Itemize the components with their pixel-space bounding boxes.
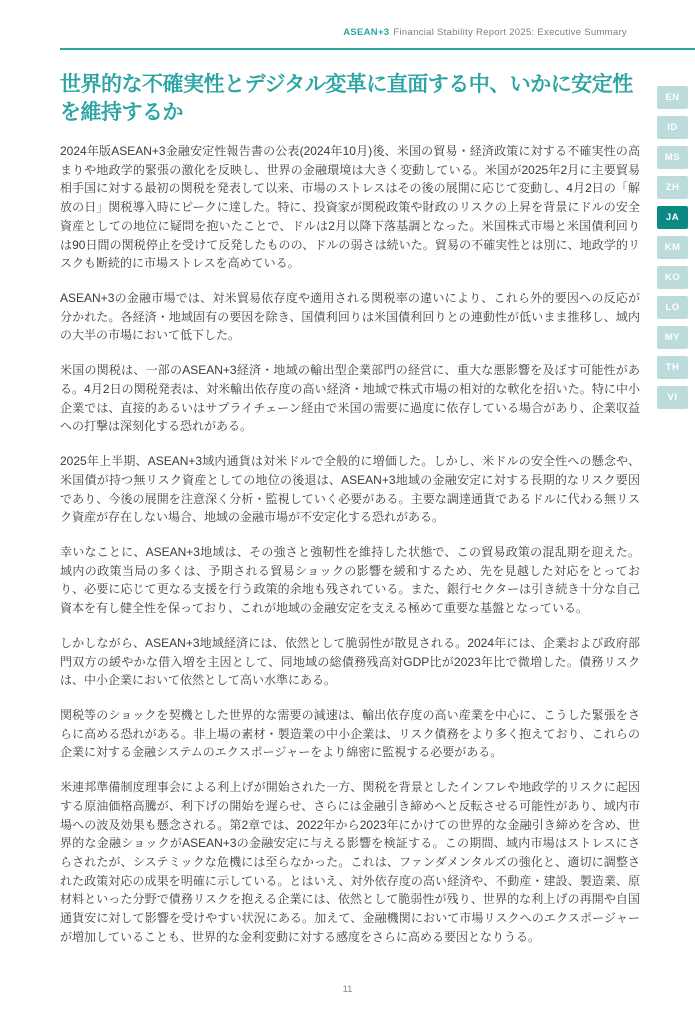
- paragraph: しかしながら、ASEAN+3地域経済には、依然として脆弱性が散見される。2024…: [60, 634, 640, 690]
- page-title: 世界的な不確実性とデジタル変革に直面する中、いかに安定性を維持するか: [60, 71, 644, 127]
- language-tab-id[interactable]: ID: [657, 116, 688, 139]
- paragraph: 関税等のショックを契機とした世界的な需要の減速は、輸出依存度の高い産業を中心に、…: [60, 706, 640, 762]
- language-tab-ko[interactable]: KO: [657, 266, 688, 289]
- report-name: Financial Stability Report 2025: Executi…: [393, 27, 627, 38]
- paragraph: 幸いなことに、ASEAN+3地域は、その強さと強靭性を維持した状態で、この貿易政…: [60, 543, 640, 618]
- language-tab-my[interactable]: MY: [657, 326, 688, 349]
- language-tab-ja[interactable]: JA: [657, 206, 688, 229]
- paragraph: 米国の関税は、一部のASEAN+3経済・地域の輸出型企業部門の経営に、重大な悪影…: [60, 361, 640, 436]
- page-number: 11: [0, 984, 695, 995]
- report-brand: ASEAN+3: [343, 27, 389, 38]
- paragraph: 2024年版ASEAN+3金融安定性報告書の公表(2024年10月)後、米国の貿…: [60, 142, 640, 273]
- language-tab-th[interactable]: TH: [657, 356, 688, 379]
- language-tab-lo[interactable]: LO: [657, 296, 688, 319]
- header-rule: [60, 48, 695, 50]
- language-tab-zh[interactable]: ZH: [657, 176, 688, 199]
- running-header: ASEAN+3Financial Stability Report 2025: …: [343, 27, 627, 38]
- body-paragraphs: 2024年版ASEAN+3金融安定性報告書の公表(2024年10月)後、米国の貿…: [60, 142, 640, 963]
- language-tab-column: ENIDMSZHJAKMKOLOMYTHVI: [657, 86, 688, 416]
- paragraph: 米連邦準備制度理事会による利上げが開始された一方、関税を背景としたインフレや地政…: [60, 778, 640, 946]
- language-tab-en[interactable]: EN: [657, 86, 688, 109]
- language-tab-km[interactable]: KM: [657, 236, 688, 259]
- paragraph: ASEAN+3の金融市場では、対米貿易依存度や適用される関税率の違いにより、これ…: [60, 289, 640, 345]
- document-page: ASEAN+3Financial Stability Report 2025: …: [0, 0, 695, 1024]
- language-tab-vi[interactable]: VI: [657, 386, 688, 409]
- paragraph: 2025年上半期、ASEAN+3域内通貨は対米ドルで全般的に増価した。しかし、米…: [60, 452, 640, 527]
- language-tab-ms[interactable]: MS: [657, 146, 688, 169]
